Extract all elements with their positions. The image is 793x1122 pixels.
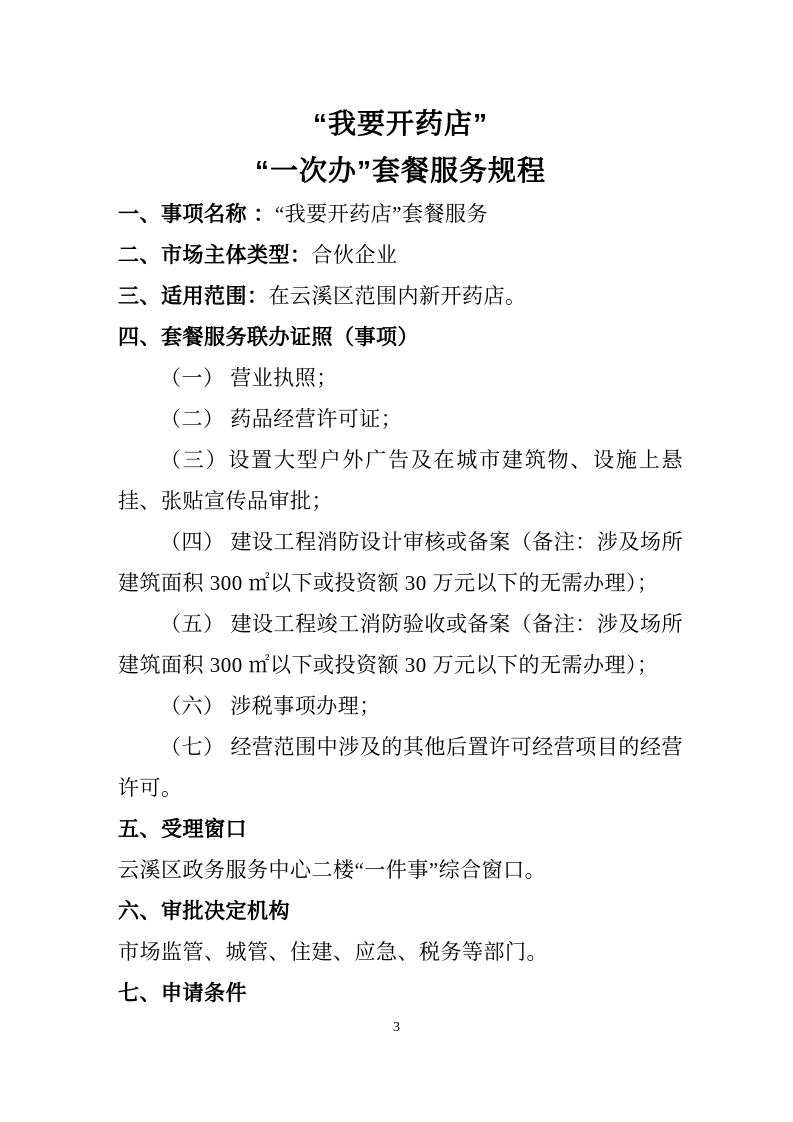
page-number: 3 — [0, 1018, 793, 1038]
section-2-value: 合伙企业 — [312, 243, 398, 267]
section-5-label: 五、受理窗口 — [118, 818, 247, 841]
section-5-window-heading: 五、受理窗口 — [118, 809, 683, 850]
section-7-conditions-heading: 七、申请条件 — [118, 973, 683, 1014]
section-5-body: 云溪区政务服务中心二楼“一件事”综合窗口。 — [118, 850, 683, 891]
section-6-body: 市场监管、城管、住建、应急、税务等部门。 — [118, 932, 683, 973]
license-item-3: （三）设置大型户外广告及在城市建筑物、设施上悬挂、张贴宣传品审批； — [118, 440, 683, 522]
section-6-authority-heading: 六、审批决定机构 — [118, 891, 683, 932]
section-1-label: 一、事项名称 ： — [118, 203, 275, 226]
section-2-entity-type: 二、市场主体类型：合伙企业 — [118, 235, 683, 276]
license-item-6: （六） 涉税事项办理； — [118, 686, 683, 727]
section-3-value: 在云溪区范围内新开药店。 — [269, 284, 527, 308]
section-1-value: “我要开药店”套餐服务 — [275, 202, 488, 226]
section-3-label: 三、适用范围： — [118, 285, 269, 308]
license-item-4: （四） 建设工程消防设计审核或备案（备注：涉及场所建筑面积 300 ㎡以下或投资… — [118, 522, 683, 604]
section-4-label: 四、套餐服务联办证照（事项） — [118, 326, 419, 349]
section-6-label: 六、审批决定机构 — [118, 900, 290, 923]
document-title-line1: “我要开药店” — [118, 100, 683, 147]
document-page: “我要开药店” “一次办”套餐服务规程 一、事项名称 ：“我要开药店”套餐服务 … — [0, 0, 793, 1122]
section-4-licenses-heading: 四、套餐服务联办证照（事项） — [118, 317, 683, 358]
section-3-scope: 三、适用范围：在云溪区范围内新开药店。 — [118, 276, 683, 317]
license-item-7: （七） 经营范围中涉及的其他后置许可经营项目的经营许可。 — [118, 727, 683, 809]
license-item-5: （五） 建设工程竣工消防验收或备案（备注：涉及场所建筑面积 300 ㎡以下或投资… — [118, 604, 683, 686]
section-1-item-name: 一、事项名称 ：“我要开药店”套餐服务 — [118, 194, 683, 235]
license-item-1: （一） 营业执照； — [118, 358, 683, 399]
document-title-line2: “一次办”套餐服务规程 — [118, 147, 683, 194]
section-2-label: 二、市场主体类型： — [118, 244, 312, 267]
license-item-2: （二） 药品经营许可证； — [118, 399, 683, 440]
section-7-label: 七、申请条件 — [118, 982, 247, 1005]
